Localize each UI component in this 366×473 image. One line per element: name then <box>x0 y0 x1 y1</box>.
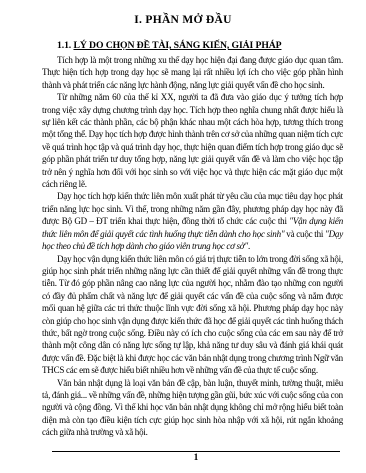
document-page: { "document": { "title": "I. PHẦN MỞ ĐẦU… <box>0 0 366 473</box>
paragraph: Dạy học tích hợp kiến thức liên môn xuất… <box>42 190 343 252</box>
document-body: Tích hợp là một trong những xu thế dạy h… <box>42 54 343 439</box>
page-number: 1 <box>52 453 340 464</box>
paragraph: Tích hợp là một trong những xu thế dạy h… <box>42 54 343 91</box>
page-title: I. PHẦN MỞ ĐẦU <box>0 13 366 27</box>
paragraph: Văn bản nhật dụng là loại văn bản đề cập… <box>42 377 343 439</box>
section-heading: 1.1. LÝ DO CHỌN ĐỀ TÀI, SÁNG KIẾN, GIẢI … <box>42 39 343 52</box>
paragraph-text: Dạy học vận dụng kiến thức liên môn có g… <box>42 254 343 376</box>
page-canvas: I. PHẦN MỞ ĐẦU 1.1. LÝ DO CHỌN ĐỀ TÀI, S… <box>0 0 366 473</box>
paragraph: Từ những năm 60 của thế kỉ XX, người ta … <box>42 91 343 190</box>
paragraph-text: Từ những năm 60 của thế kỉ XX, người ta … <box>42 92 343 189</box>
paragraph: Dạy học vận dụng kiến thức liên môn có g… <box>42 253 343 377</box>
section-heading-text: LÝ DO CHỌN ĐỀ TÀI, SÁNG KIẾN, GIẢI PHÁP <box>73 40 281 51</box>
paragraph-text: Văn bản nhật dụng là loại văn bản đề cập… <box>42 378 343 438</box>
footer-divider <box>52 451 340 452</box>
section-heading-number: 1.1. <box>57 40 73 51</box>
paragraph-text: và cuộc thi <box>284 229 325 239</box>
paragraph-text: Tích hợp là một trong những xu thế dạy h… <box>42 55 343 90</box>
paragraph-text: . <box>248 241 250 251</box>
